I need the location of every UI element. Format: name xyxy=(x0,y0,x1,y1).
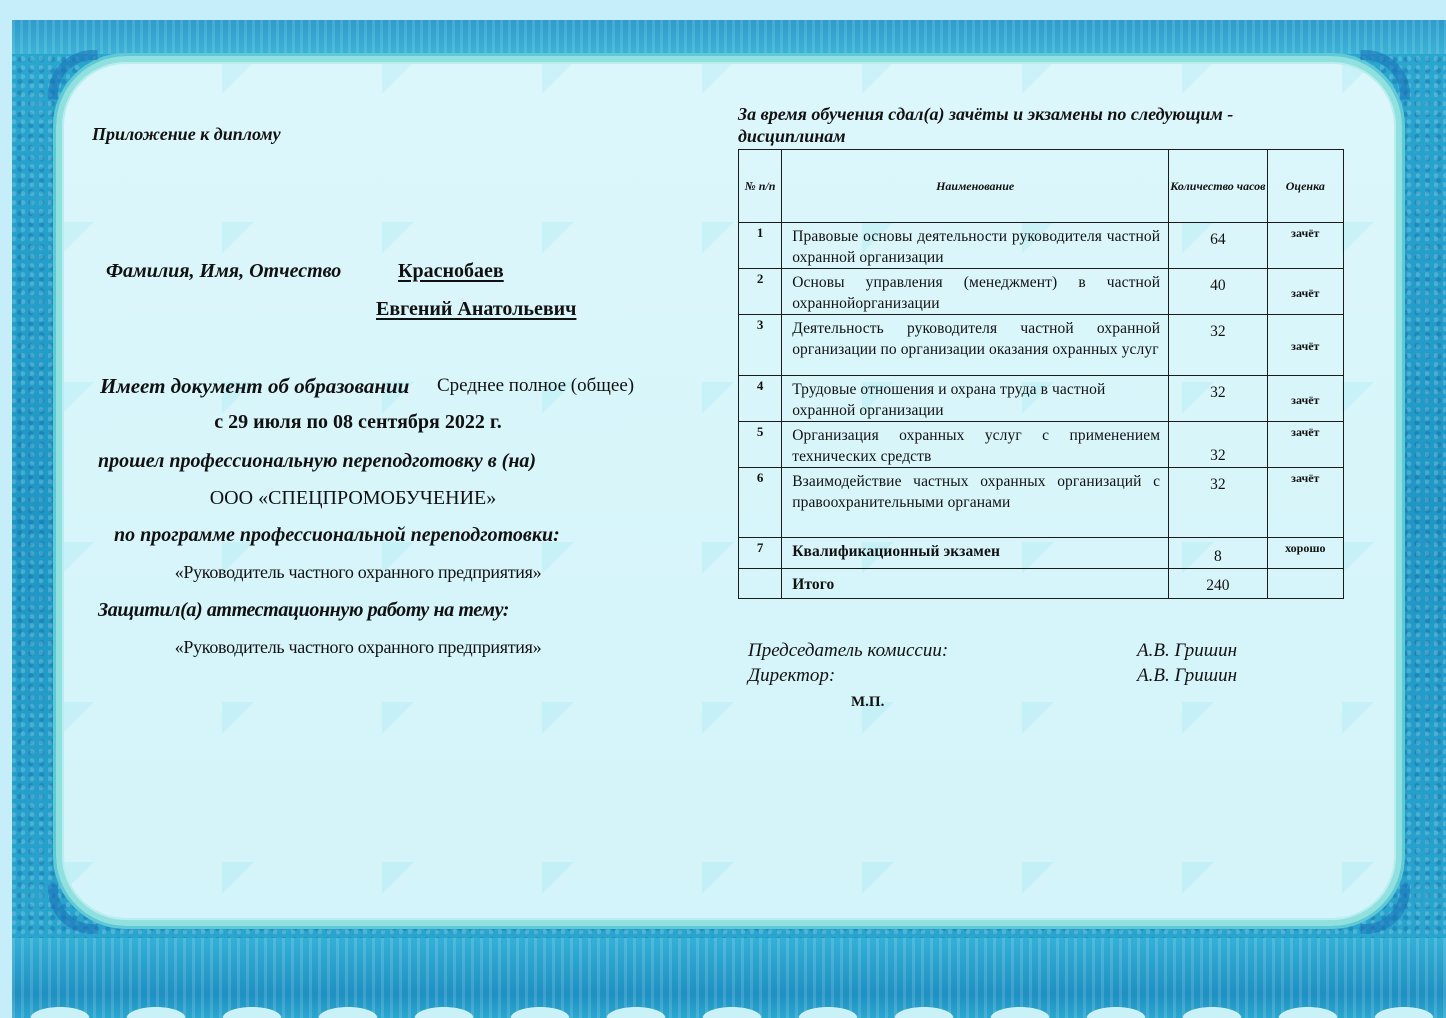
table-row: 4 Трудовые отношения и охрана труда в ча… xyxy=(739,376,1344,422)
row-number: 1 xyxy=(739,223,782,269)
education-value: Среднее полное (общее) xyxy=(437,375,634,397)
given-names: Евгений Анатольевич xyxy=(376,298,576,321)
discipline-grade: хорошо xyxy=(1267,538,1343,569)
thesis-label: Защитил(а) аттестационную работу на тему… xyxy=(98,599,509,622)
header-name: Наименование xyxy=(782,150,1169,223)
table-row: 6 Взаимодействие частных охранных органи… xyxy=(739,468,1344,538)
discipline-hours: 32 xyxy=(1169,468,1267,538)
chair-name: А.В. Гришин xyxy=(1137,640,1237,662)
discipline-name: Основы управления (менеджмент) в частной… xyxy=(782,269,1169,315)
stamp-place: М.П. xyxy=(851,694,884,711)
thesis-topic: «Руководитель частного охранного предпри… xyxy=(0,637,716,658)
table-total-row: Итого 240 xyxy=(739,569,1344,599)
education-label: Имеет документ об образовании xyxy=(100,374,409,399)
table-row: 5 Организация охранных услуг с применени… xyxy=(739,422,1344,468)
discipline-grade: зачёт xyxy=(1267,376,1343,422)
row-number: 5 xyxy=(739,422,782,468)
table-row: 3 Деятельность руководителя частной охра… xyxy=(739,315,1344,376)
surname: Краснобаев xyxy=(398,260,504,283)
retraining-label: прошел профессиональную переподготовку в… xyxy=(98,450,536,473)
disciplines-table: № п/п Наименование Количество часов Оцен… xyxy=(738,149,1344,599)
total-label: Итого xyxy=(782,569,1169,599)
director-name: А.В. Гришин xyxy=(1137,665,1237,687)
discipline-hours: 32 xyxy=(1169,376,1267,422)
header-grade: Оценка xyxy=(1267,150,1343,223)
ornamental-border-top xyxy=(12,20,1446,54)
row-number: 2 xyxy=(739,269,782,315)
row-number: 3 xyxy=(739,315,782,376)
discipline-name: Трудовые отношения и охрана труда в част… xyxy=(782,376,1169,422)
discipline-name: Квалификационный экзамен xyxy=(782,538,1169,569)
organization-name: ООО «СПЕЦПРОМОБУЧЕНИЕ» xyxy=(0,487,706,510)
director-label: Директор: xyxy=(748,665,835,687)
discipline-grade: зачёт xyxy=(1267,468,1343,538)
discipline-grade: зачёт xyxy=(1267,422,1343,468)
discipline-name: Организация охранных услуг с применением… xyxy=(782,422,1169,468)
ornamental-border-bottom xyxy=(12,938,1446,1018)
table-header-row: № п/п Наименование Количество часов Оцен… xyxy=(739,150,1344,223)
chair-label: Председатель комиссии: xyxy=(748,640,948,662)
discipline-hours: 8 xyxy=(1169,538,1267,569)
discipline-grade: зачёт xyxy=(1267,315,1343,376)
discipline-name: Деятельность руководителя частной охранн… xyxy=(782,315,1169,376)
table-row: 1 Правовые основы деятельности руководит… xyxy=(739,223,1344,269)
table-row: 2 Основы управления (менеджмент) в частн… xyxy=(739,269,1344,315)
discipline-hours: 32 xyxy=(1169,315,1267,376)
discipline-name: Правовые основы деятельности руководител… xyxy=(782,223,1169,269)
program-name: «Руководитель частного охранного предпри… xyxy=(0,562,716,583)
total-grade xyxy=(1267,569,1343,599)
row-number: 6 xyxy=(739,468,782,538)
discipline-hours: 40 xyxy=(1169,269,1267,315)
header-hours: Количество часов xyxy=(1169,150,1267,223)
discipline-name: Взаимодействие частных охранных организа… xyxy=(782,468,1169,538)
total-hours: 240 xyxy=(1169,569,1267,599)
header-number: № п/п xyxy=(739,150,782,223)
row-number: 4 xyxy=(739,376,782,422)
discipline-hours: 64 xyxy=(1169,223,1267,269)
discipline-grade: зачёт xyxy=(1267,223,1343,269)
table-row: 7 Квалификационный экзамен 8 хорошо xyxy=(739,538,1344,569)
row-number: 7 xyxy=(739,538,782,569)
discipline-grade: зачёт xyxy=(1267,269,1343,315)
program-label: по программе профессиональной переподгот… xyxy=(114,524,560,547)
discipline-hours: 32 xyxy=(1169,422,1267,468)
training-dates: с 29 июля по 08 сентября 2022 г. xyxy=(0,411,716,434)
fio-label: Фамилия, Имя, Отчество xyxy=(106,260,341,283)
table-title: За время обучения сдал(а) зачёты и экзам… xyxy=(738,103,1298,147)
row-number xyxy=(739,569,782,599)
appendix-title: Приложение к диплому xyxy=(92,124,281,145)
